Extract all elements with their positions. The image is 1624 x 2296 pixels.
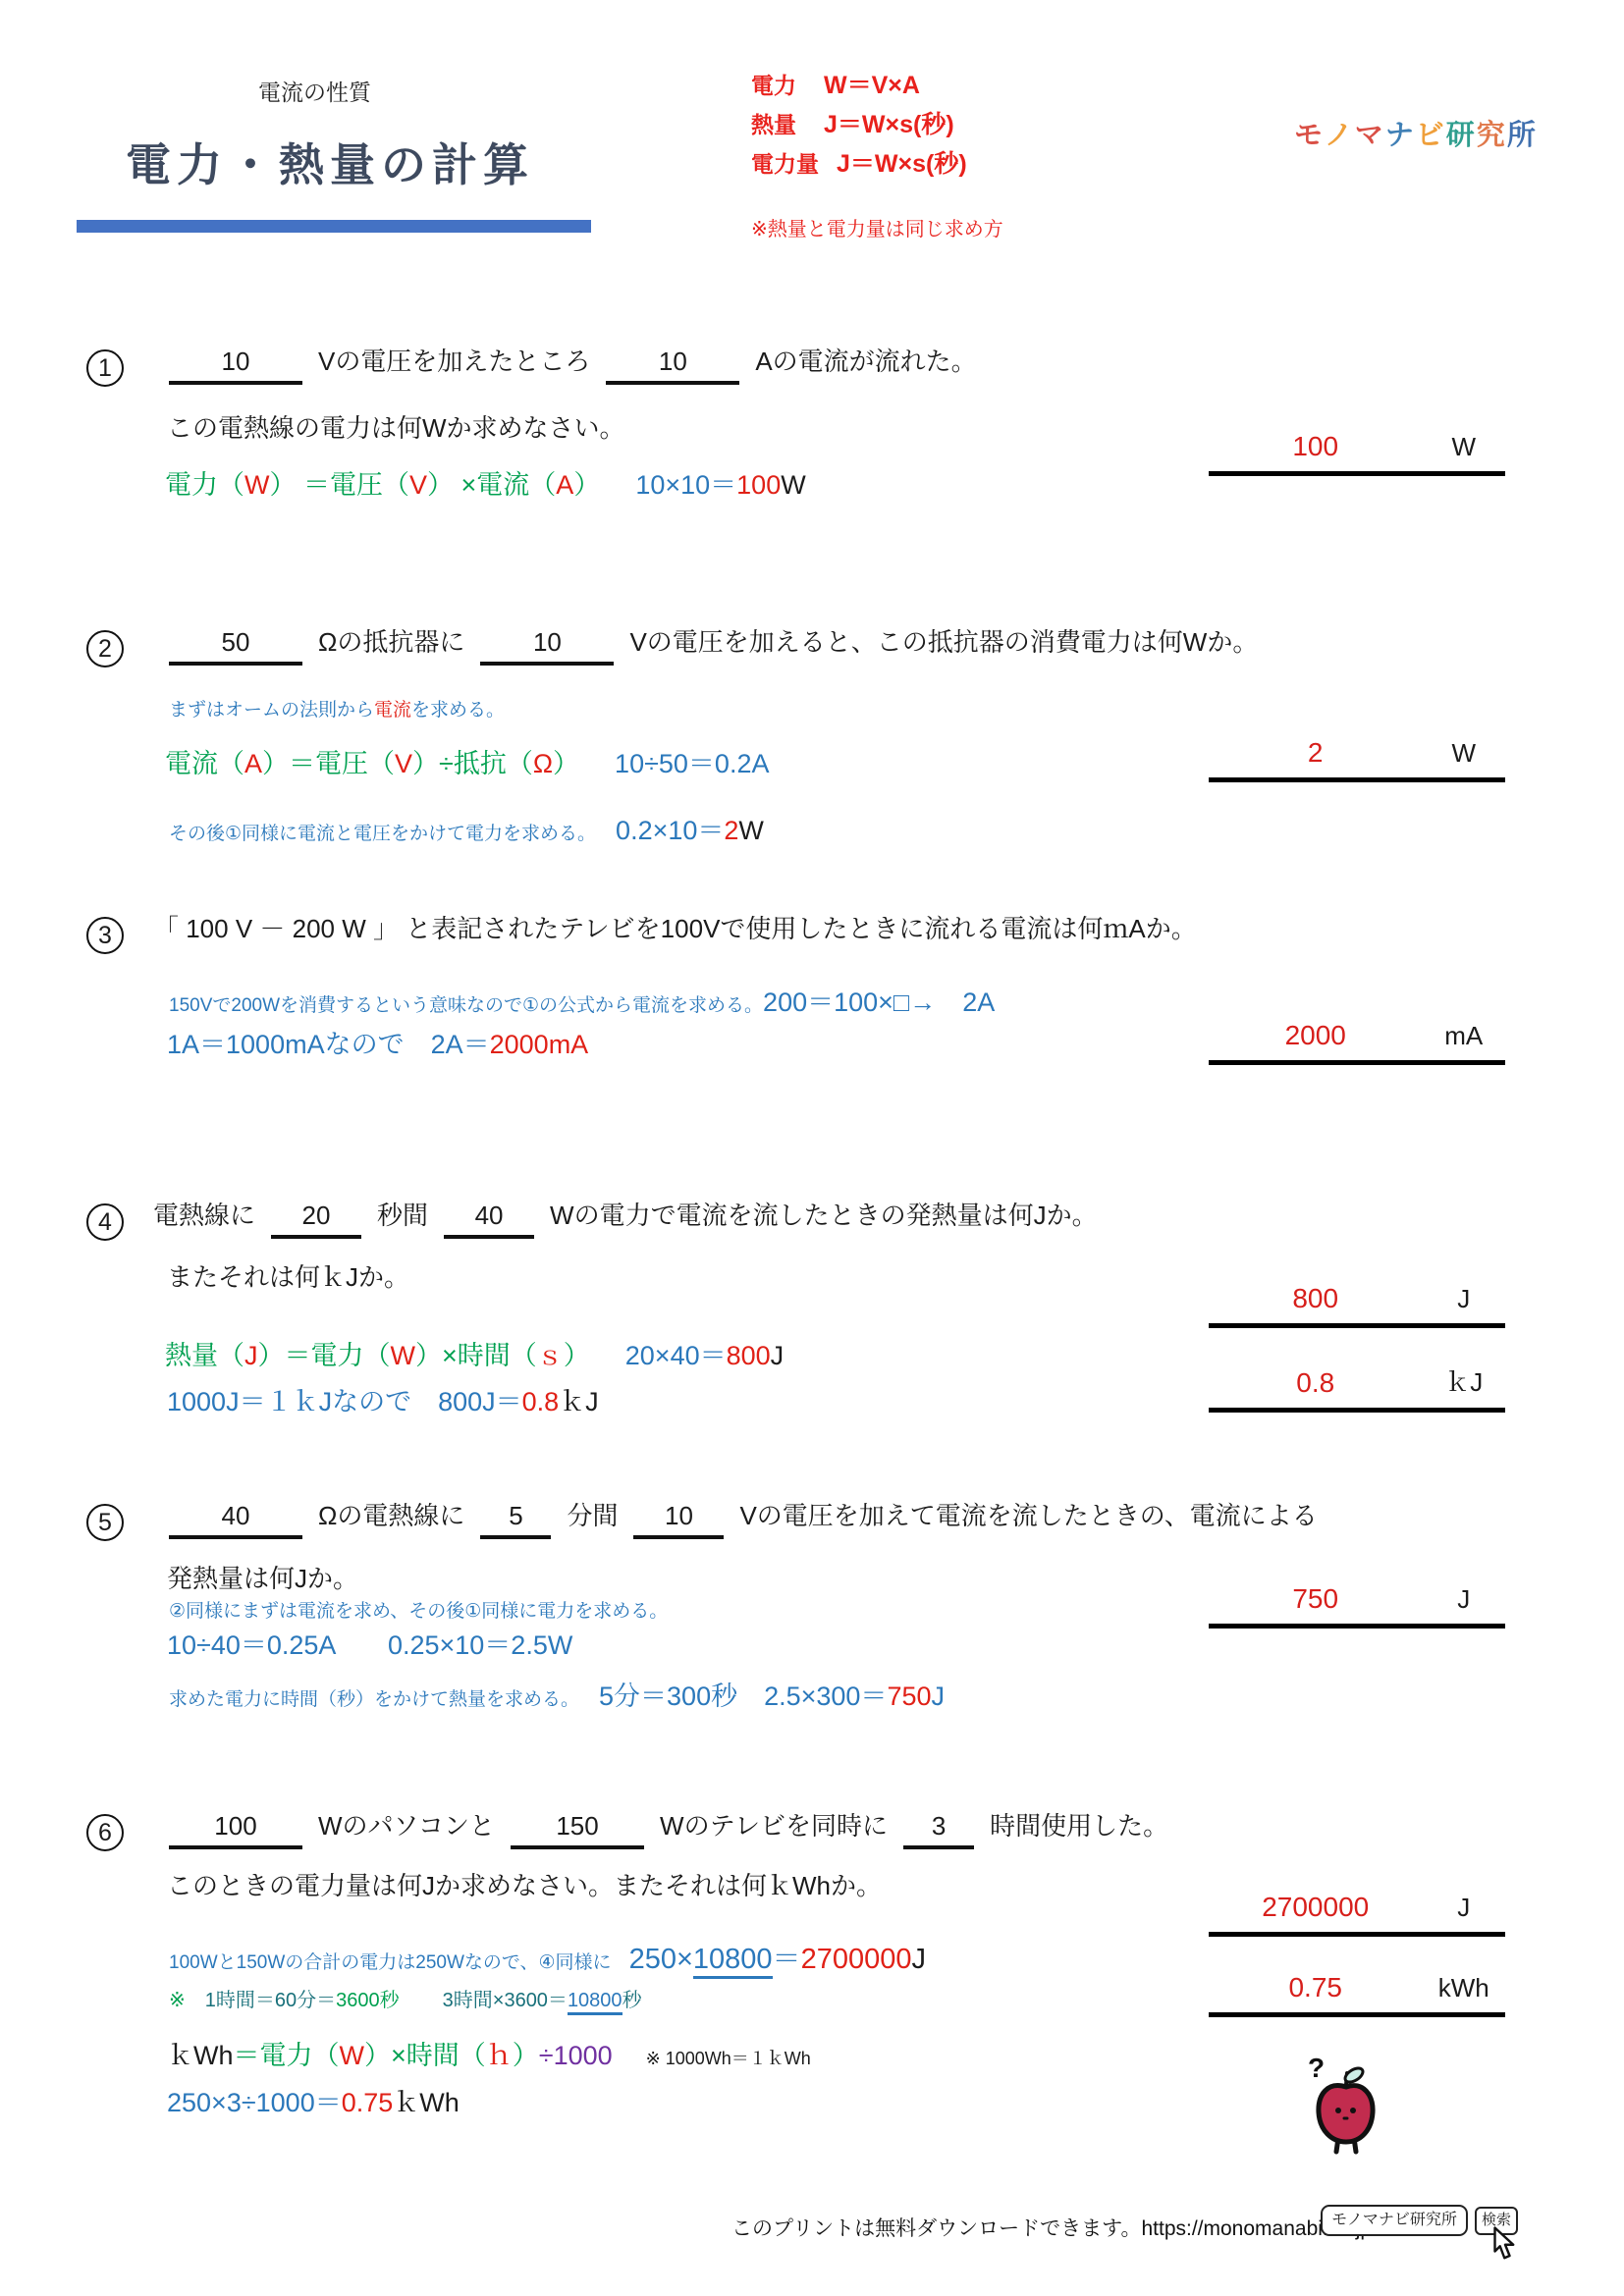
formula-symbol: V [395, 749, 412, 778]
pointer-hand-shape [1495, 2228, 1514, 2259]
blank-value: 10 [169, 346, 302, 385]
apple-eye-left [1335, 2108, 1341, 2113]
problem-4-solution: 熱量（J）＝電力（W）×時間（ｓ）20×40＝800J [165, 1340, 784, 1373]
problem-3-hint: 150Vで200Wを消費するという意味なので①の公式から電流を求める。200＝1… [169, 987, 995, 1020]
answer-unit: ｋJ [1422, 1362, 1505, 1399]
statement-text: Vの電圧を加えると、この抵抗器の消費電力は何Wか。 [629, 627, 1258, 657]
note-text: 1時間＝60分＝ [186, 1990, 336, 2011]
statement-text: 「 100 V － 200 W 」 と表記されたテレビを100Vで使用したときに… [153, 914, 1197, 943]
blank-value: 150 [511, 1810, 644, 1849]
formula-note: ※熱量と電力量は同じ求め方 [751, 218, 1003, 242]
answer-value: 800 [1209, 1283, 1422, 1314]
logo-char: 究 [1477, 120, 1507, 151]
answer-unit: W [1422, 432, 1505, 462]
calc-result: 2700000 [801, 1944, 912, 1975]
worksheet-page: 電流の性質 電力・熱量の計算 電力W＝V×A 熱量J＝W×s(秒) 電力量J＝W… [0, 0, 1624, 2296]
formula-eq: W＝V×A [824, 72, 920, 99]
formula-text: ）÷抵抗（ [412, 749, 533, 778]
statement-text: Vの電圧を加えたところ [318, 347, 590, 376]
answer-slot-6a: 2700000J [1209, 1892, 1505, 1937]
logo-char: ノ [1325, 120, 1355, 151]
formula-symbol: V [409, 470, 427, 500]
formula-text: ） [553, 749, 579, 778]
blank-value: 10 [480, 626, 614, 666]
apple-body [1319, 2086, 1373, 2142]
problem-5-hint-1: ②同様にまずは電流を求め、その後①同様に電力を求める。 [169, 1600, 668, 1624]
statement-text: 秒間 [377, 1201, 428, 1230]
formula-text: ）×時間（ [364, 2041, 486, 2070]
note-text: 秒 [623, 1990, 642, 2011]
formula-symbol: J [244, 1341, 258, 1370]
formula-note: ※ 1000Wh＝１ｋWh [646, 2049, 811, 2068]
formula-text: ）＝電圧（ [262, 749, 395, 778]
formula-symbol: A [244, 749, 262, 778]
problem-2-statement: 250Ωの抵抗器に10Vの電圧を加えると、この抵抗器の消費電力は何Wか。 [86, 626, 1258, 667]
answer-value: 0.8 [1209, 1367, 1422, 1399]
logo-char: モ [1294, 120, 1325, 151]
formula-text: ） [573, 470, 600, 500]
formula-label: 熱量 [751, 112, 796, 137]
problem-2-hint-1: まずはオームの法則から電流を求める。 [169, 699, 505, 722]
calc-text: 200＝100×□→ 2A [763, 988, 995, 1017]
formula-symbol: W [391, 1341, 415, 1370]
statement-text: 分間 [567, 1501, 618, 1530]
hint-highlight: 電流 [374, 700, 411, 721]
problem-3-solution: 1A＝1000mAなので 2A＝2000mA [167, 1029, 588, 1062]
statement-text: Aの電流が流れた。 [755, 347, 976, 376]
question-mark: ? [1308, 2053, 1325, 2083]
blank-value: 10 [606, 346, 739, 385]
problem-1-statement-2: この電熱線の電力は何Wか求めなさい。 [167, 412, 625, 445]
formula-row-energy: 電力量J＝W×s(秒) [751, 149, 967, 180]
note-highlight-blue: 10800 [568, 1990, 623, 2015]
problem-3-statement: 3「 100 V － 200 W 」 と表記されたテレビを100Vで使用したとき… [86, 913, 1197, 954]
logo-char: 所 [1507, 120, 1538, 151]
blank-value: 3 [903, 1810, 974, 1849]
answer-slot-6b: 0.75kWh [1209, 1972, 1505, 2017]
apple-leaf [1343, 2065, 1366, 2085]
formula-text: 電流（ [165, 749, 244, 778]
formula-text: ） ＝電圧（ [269, 470, 409, 500]
calc-text: 5分＝300秒 2.5×300＝ [599, 1682, 887, 1711]
brand-logo: モノマナビ研究所 [1294, 118, 1538, 153]
hint-text: その後①同様に電流と電圧をかけて電力を求める。 [169, 824, 596, 844]
hint-text: まずはオームの法則から [169, 700, 374, 721]
calc-text: 1000J＝１ｋJなので 800J＝ [167, 1387, 522, 1416]
problem-6-solution: 250×3÷1000＝0.75ｋWh [167, 2087, 460, 2120]
statement-text: Wのパソコンと [318, 1811, 495, 1841]
formula-symbol: A [556, 470, 573, 500]
calc-unit: J [911, 1944, 926, 1975]
problem-6-hint: 100Wと150Wの合計の電力は250Wなので、④同様に250×10800＝27… [169, 1942, 926, 1977]
footer-note: このプリントは無料ダウンロードできます。https://monomanabi.c… [731, 2216, 1372, 2242]
note-highlight-green: 3600秒 [336, 1990, 400, 2011]
problem-number: 3 [86, 917, 124, 954]
answer-value: 0.75 [1209, 1972, 1422, 2003]
calc-unit: J [932, 1682, 946, 1711]
formula-row-heat: 熱量J＝W×s(秒) [751, 110, 954, 140]
answer-value: 100 [1209, 431, 1422, 462]
blank-value: 50 [169, 626, 302, 666]
formula-row-power: 電力W＝V×A [751, 71, 920, 101]
page-subtitle: 電流の性質 [258, 79, 371, 107]
page-title: 電力・熱量の計算 [126, 137, 534, 194]
answer-value: 2000 [1209, 1020, 1422, 1051]
answer-unit: J [1422, 1584, 1505, 1615]
calc-unit: J [771, 1341, 785, 1370]
formula-eq: J＝W×s(秒) [824, 111, 954, 138]
formula-text: 電力（ [165, 470, 244, 500]
problem-6-statement: 6100Wのパソコンと150Wのテレビを同時に3時間使用した。 [86, 1810, 1168, 1851]
hint-text: 150Vで200Wを消費するという意味なので①の公式から電流を求める。 [169, 995, 763, 1016]
blank-value: 40 [444, 1200, 534, 1239]
formula-text: ） [564, 1341, 590, 1370]
formula-symbol: Ω [533, 749, 553, 778]
calc-unit: ｋWh [393, 2088, 460, 2117]
calc-text: 250×3÷1000＝ [167, 2088, 342, 2117]
problem-2-solution: 電流（A）＝電圧（V）÷抵抗（Ω）10÷50＝0.2A [165, 748, 769, 781]
formula-text: 熱量（ [165, 1341, 244, 1370]
statement-text: 電熱線に [153, 1201, 255, 1230]
problem-6-formula: ｋWh＝電力（W）×時間（ｈ）÷1000※ 1000Wh＝１ｋWh [167, 2040, 811, 2073]
calc-text: 1A＝1000mAなので 2A＝ [167, 1030, 490, 1059]
statement-text: 時間使用した。 [990, 1811, 1168, 1841]
blank-value: 40 [169, 1500, 302, 1539]
answer-unit: W [1422, 738, 1505, 769]
note-text: 3時間×3600＝ [443, 1990, 568, 2011]
answer-unit: J [1422, 1893, 1505, 1923]
statement-text: Ωの抵抗器に [318, 627, 464, 657]
blank-value: 10 [633, 1500, 724, 1539]
statement-text: Ωの電熱線に [318, 1501, 464, 1530]
statement-text: Wの電力で電流を流したときの発熱量は何Jか。 [550, 1201, 1098, 1230]
problem-5-solution: 10÷40＝0.25A 0.25×10＝2.5W [167, 1629, 572, 1663]
formula-text: ）×時間（ [415, 1341, 537, 1370]
formula-text: ＝電力（ [234, 2041, 340, 2070]
calc-unit: ｋJ [559, 1387, 599, 1416]
calc-result: 2 [724, 816, 738, 845]
pointer-hand-icon [1485, 2226, 1520, 2268]
hint-text: を求める。 [411, 700, 505, 721]
calc-text: 0.2×10＝ [616, 816, 724, 845]
answer-value: 750 [1209, 1583, 1422, 1615]
calc-text: 10×10＝ [635, 470, 736, 500]
calc-unit: W [738, 816, 763, 845]
formula-symbol: ｈ [486, 2041, 513, 2070]
problem-6-note: ※ 1時間＝60分＝3600秒3時間×3600＝10800秒 [169, 1989, 642, 2013]
calc-unit: W [781, 470, 805, 500]
answer-slot-2: 2W [1209, 737, 1505, 782]
problem-number: 1 [86, 349, 124, 387]
calc-underlined: 10800 [693, 1944, 773, 1979]
note-mark: ※ [169, 1990, 186, 2011]
logo-char: マ [1355, 120, 1385, 151]
problem-4-solution-2: 1000J＝１ｋJなので 800J＝0.8ｋJ [167, 1386, 599, 1419]
problem-1-statement: 110Vの電圧を加えたところ10Aの電流が流れた。 [86, 346, 977, 387]
problem-number: 6 [86, 1814, 124, 1851]
formula-label: 電力 [751, 73, 796, 98]
problem-5-hint-2: 求めた電力に時間（秒）をかけて熱量を求める。5分＝300秒 2.5×300＝75… [169, 1681, 945, 1714]
blank-value: 20 [271, 1200, 361, 1239]
problem-5-statement-2: 発熱量は何Jか。 [167, 1563, 358, 1595]
problem-6-statement-2: このときの電力量は何Jか求めなさい。またそれは何ｋWhか。 [167, 1870, 882, 1902]
problem-number: 4 [86, 1203, 124, 1241]
formula-label: 電力量 [751, 151, 819, 177]
answer-value: 2700000 [1209, 1892, 1422, 1923]
formula-text: ）＝電力（ [258, 1341, 391, 1370]
answer-slot-4b: 0.8ｋJ [1209, 1362, 1505, 1413]
calc-text: ＝ [773, 1944, 801, 1975]
logo-char: ビ [1416, 120, 1446, 151]
formula-divisor: ÷1000 [539, 2041, 613, 2070]
problem-4-statement-2: またそれは何ｋJか。 [167, 1261, 409, 1294]
formula-text: ） [513, 2041, 539, 2070]
calc-result: 2000mA [490, 1030, 589, 1059]
formula-symbol: ｓ [537, 1341, 564, 1370]
formula-symbol: W [244, 470, 269, 500]
hint-text: 100Wと150Wの合計の電力は250Wなので、④同様に [169, 1952, 612, 1973]
answer-unit: J [1422, 1284, 1505, 1314]
answer-unit: kWh [1422, 1973, 1505, 2003]
apple-mascot: ? [1298, 2052, 1392, 2171]
calc-result: 750 [887, 1682, 931, 1711]
calc-text: 10÷50＝0.2A [615, 749, 769, 778]
blank-value: 100 [169, 1810, 302, 1849]
statement-text: Vの電圧を加えて電流を流したときの、電流による [739, 1501, 1317, 1530]
calc-result: 800 [727, 1341, 771, 1370]
problem-1-solution: 電力（W） ＝電圧（V） ×電流（A）10×10＝100W [165, 469, 806, 503]
apple-eye-right [1350, 2108, 1356, 2113]
hand-cursor-icon [1485, 2226, 1520, 2273]
title-underline-bar [77, 220, 591, 233]
answer-value: 2 [1209, 737, 1422, 769]
problem-number: 5 [86, 1504, 124, 1541]
apple-mascot-icon: ? [1298, 2052, 1392, 2165]
formula-text: ｋWh [167, 2041, 234, 2070]
statement-text: Wのテレビを同時に [660, 1811, 888, 1841]
problem-number: 2 [86, 630, 124, 667]
answer-unit: mA [1422, 1021, 1505, 1051]
formula-text: ） ×電流（ [427, 470, 556, 500]
answer-slot-3: 2000mA [1209, 1020, 1505, 1065]
calc-result: 100 [736, 470, 781, 500]
answer-slot-5: 750J [1209, 1583, 1505, 1629]
hint-text: 求めた電力に時間（秒）をかけて熱量を求める。 [169, 1689, 579, 1710]
blank-value: 5 [480, 1500, 551, 1539]
calc-result: 0.75 [342, 2088, 394, 2117]
formula-eq: J＝W×s(秒) [837, 150, 967, 178]
search-input[interactable]: モノマナビ研究所 [1321, 2205, 1468, 2236]
logo-char: 研 [1446, 120, 1477, 151]
problem-4-statement: 4電熱線に20秒間40Wの電力で電流を流したときの発熱量は何Jか。 [86, 1200, 1098, 1241]
problem-5-statement: 540Ωの電熱線に5分間10Vの電圧を加えて電流を流したときの、電流による [86, 1500, 1318, 1541]
calc-text: 250× [629, 1944, 693, 1975]
calc-result: 0.8 [522, 1387, 560, 1416]
logo-char: ナ [1385, 120, 1416, 151]
formula-symbol: W [340, 2041, 364, 2070]
calc-text: 20×40＝ [625, 1341, 727, 1370]
answer-slot-4a: 800J [1209, 1283, 1505, 1328]
answer-slot-1: 100W [1209, 431, 1505, 476]
problem-2-hint-2: その後①同様に電流と電圧をかけて電力を求める。0.2×10＝2W [169, 815, 764, 848]
